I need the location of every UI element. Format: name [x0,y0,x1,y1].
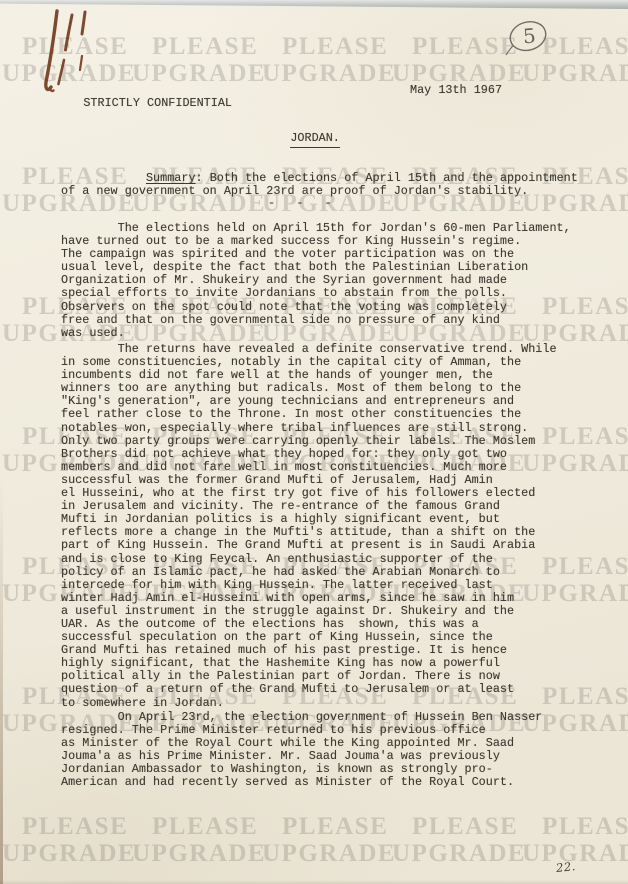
watermark-text: UPGRADE [132,840,266,868]
watermark-text: UPGRADE [2,840,136,868]
paragraph-3: On April 23rd, the election government o… [61,711,542,790]
title-text: JORDAN. [290,131,340,148]
watermark-text: PLEASE [542,813,628,841]
handwritten-page-number: 22. [555,859,576,875]
document-page: PLEASEPLEASEPLEASEPLEASEPLEASEUPGRADEUPG… [0,0,628,884]
circled-page-number: 5 [496,10,561,62]
header-row: STRICTLY CONFIDENTIAL [55,84,232,123]
date-label: May 13th 1967 [410,84,502,97]
circled-number-text: 5 [522,24,536,49]
section-separator: - - - [268,197,332,210]
paragraph-2: The returns have revealed a definite con… [61,343,557,710]
watermark-text: PLEASE [22,813,128,841]
classification-label: STRICTLY CONFIDENTIAL [83,96,232,110]
watermark-text: UPGRADE [262,840,396,868]
watermark-text: PLEASE [152,813,258,841]
document-title: JORDAN. [262,119,340,158]
scan-edge-left [0,480,3,884]
watermark-text: UPGRADE [522,60,628,88]
paragraph-1: The elections held on April 15th for Jor… [61,222,571,340]
watermark-text: PLEASE [152,33,258,61]
watermark-text: UPGRADE [262,60,396,88]
watermark-text: PLEASE [412,813,518,841]
scan-edge-bottom [0,880,628,884]
watermark-text: PLEASE [282,33,388,61]
summary-indent [89,171,146,185]
summary-label: Summary [146,171,196,185]
watermark-text: UPGRADE [392,840,526,868]
watermark-text: PLEASE [282,813,388,841]
